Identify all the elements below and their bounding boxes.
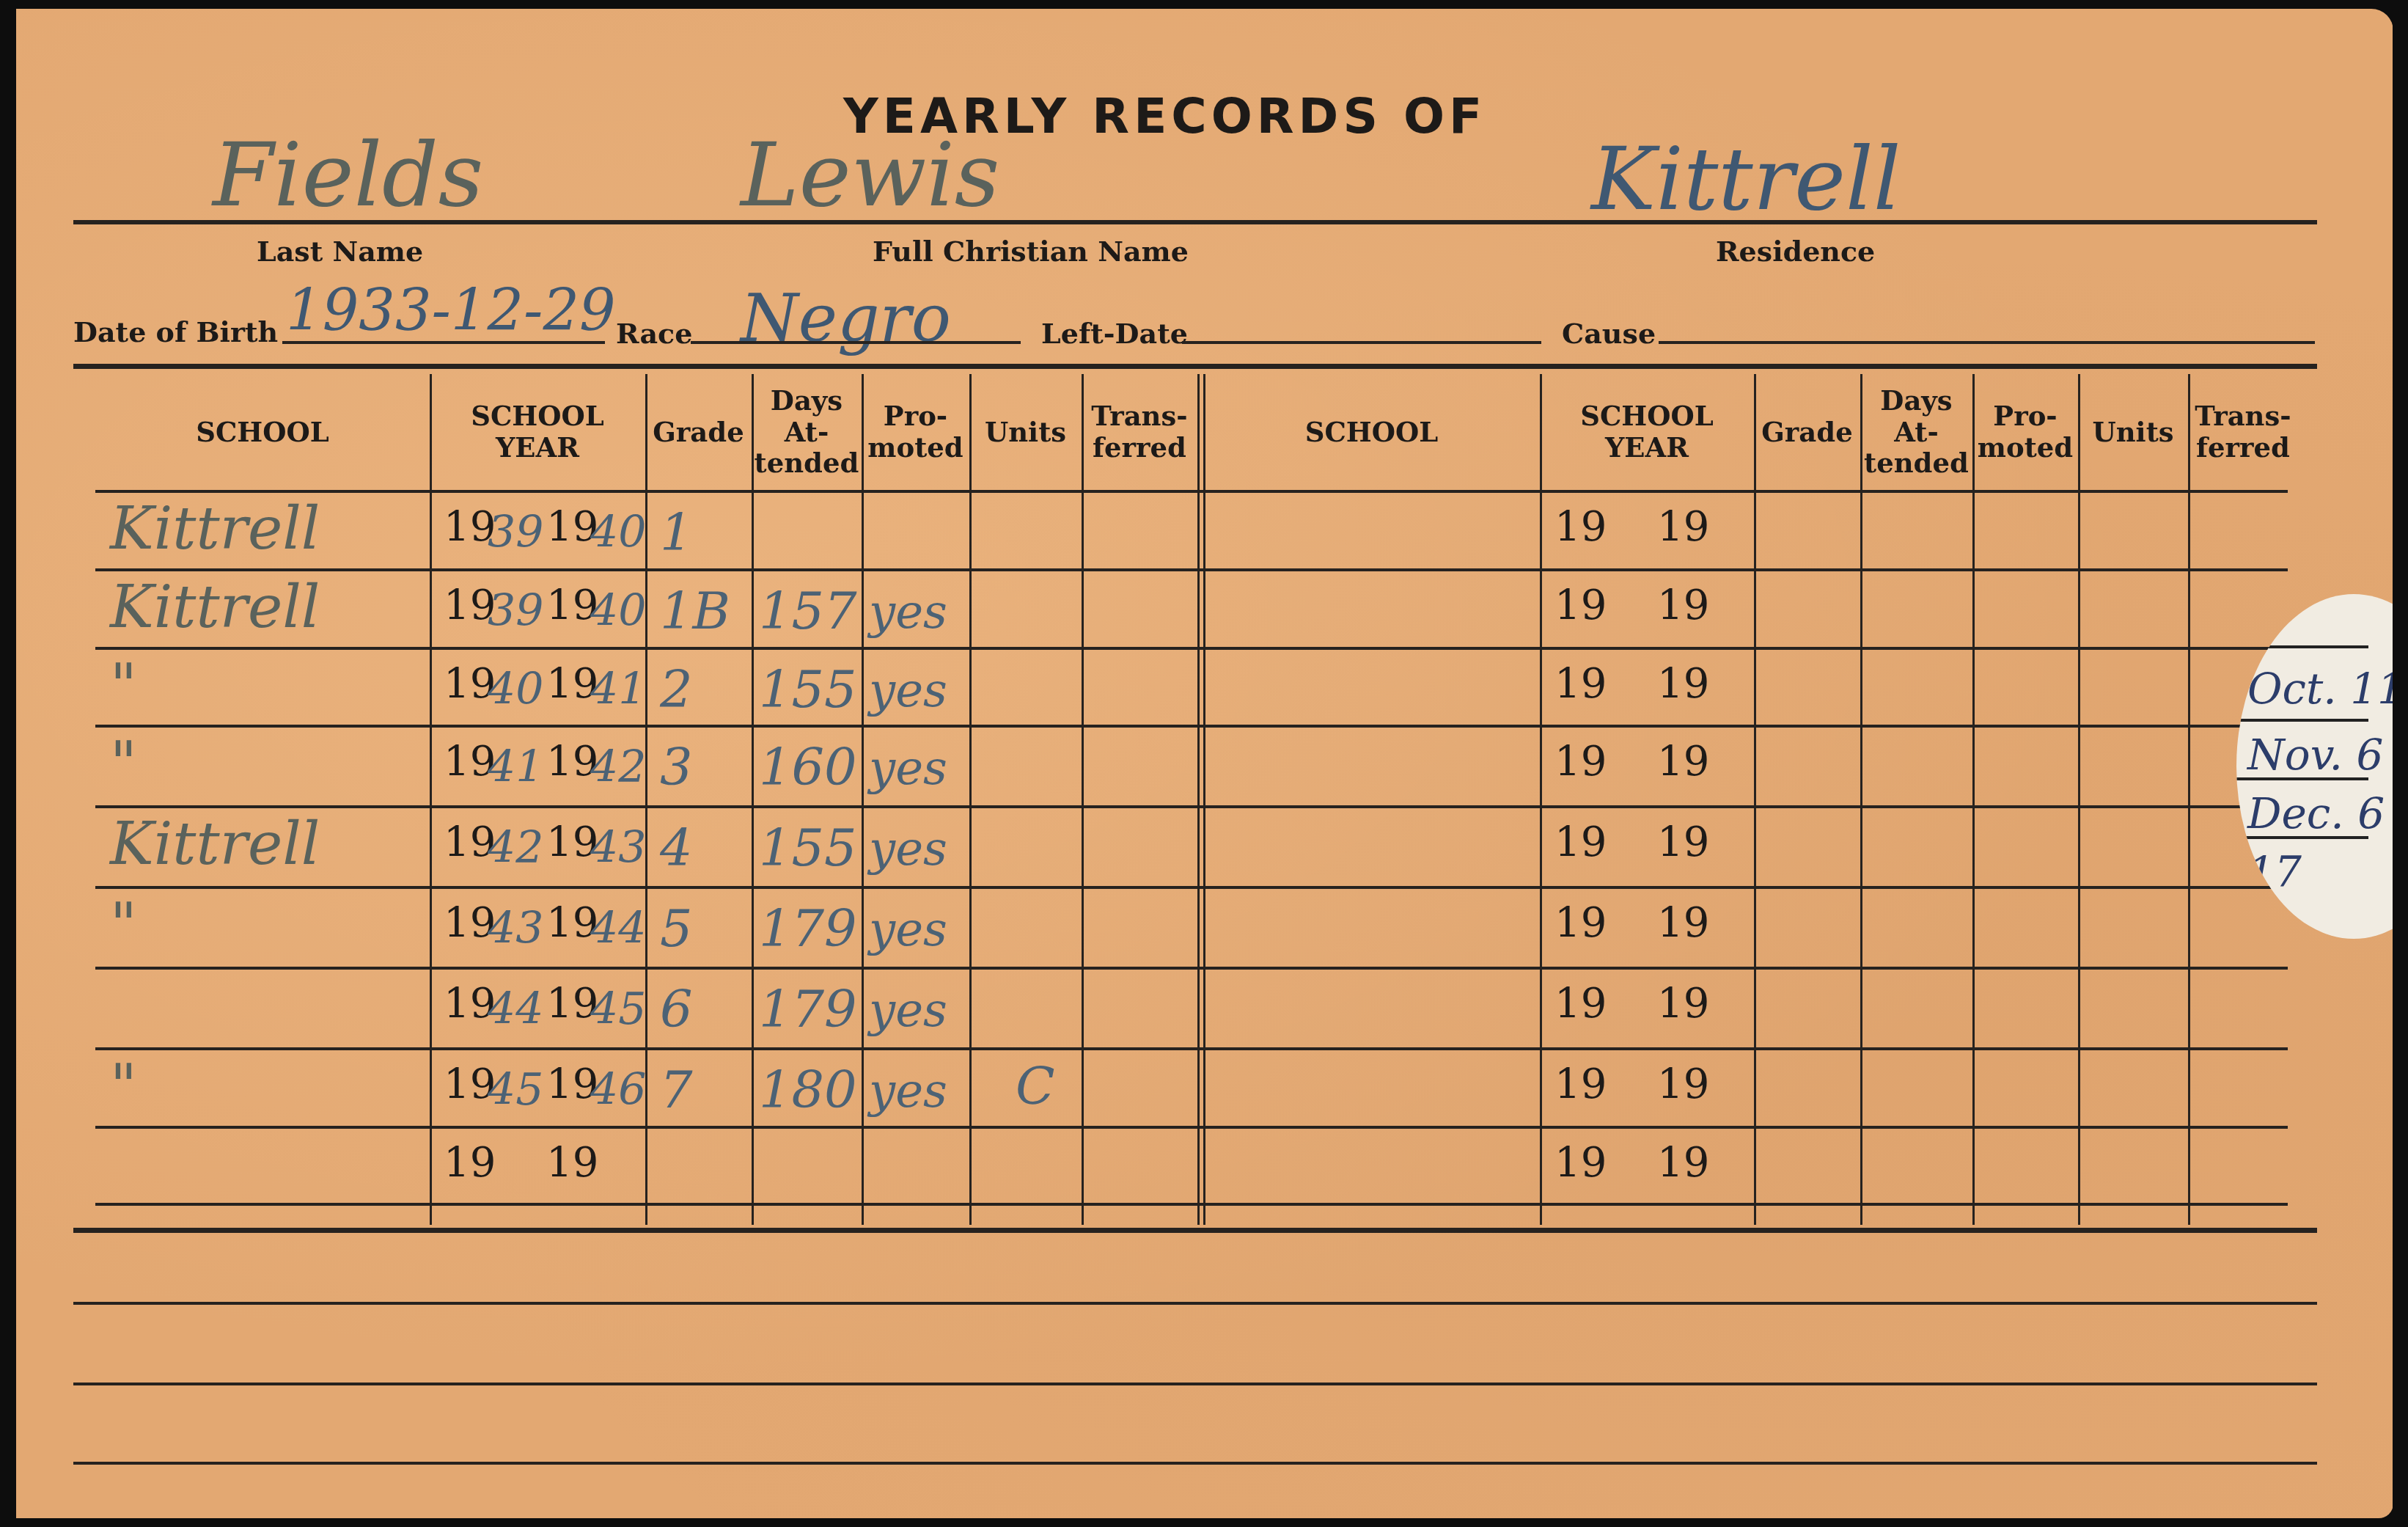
year-prefix-from: 19 [444, 1139, 496, 1187]
row-promoted[interactable]: yes [869, 745, 947, 792]
last-name-label: Last Name [257, 235, 423, 268]
cause-label: Cause [1562, 317, 1656, 350]
h-days-1: Days [771, 385, 843, 417]
race-underline [691, 341, 1021, 344]
row-grade[interactable]: 6 [660, 984, 693, 1035]
header-school-year-l1: SCHOOL [471, 400, 604, 432]
row-year-to[interactable]: 44 [590, 907, 646, 951]
year-prefix-from-right: 19 [1554, 738, 1607, 786]
header-school: SCHOOL [95, 374, 430, 490]
row-promoted[interactable]: yes [869, 987, 947, 1034]
tab-note-3: Dec. 6 [2247, 792, 2385, 835]
header-units-right: Units [2078, 374, 2188, 490]
year-prefix-to-right: 19 [1657, 503, 1709, 551]
h-days-2: At- [785, 417, 829, 448]
row-promoted[interactable]: yes [869, 907, 947, 953]
h-sy-r1: SCHOOL [1580, 400, 1714, 432]
row-rule [95, 490, 2288, 493]
header-promoted: Pro-moted [862, 374, 969, 490]
col-divider [1754, 374, 1756, 1225]
col-divider [1972, 374, 1975, 1225]
row-school[interactable]: " [110, 896, 137, 954]
header-transferred-right: Trans-ferred [2188, 374, 2298, 490]
row-year-from[interactable]: 44 [488, 987, 543, 1031]
christian-name-value[interactable]: Lewis [741, 132, 999, 220]
tab-note-4: 17 [2247, 851, 2302, 893]
row-days[interactable]: 155 [759, 664, 857, 715]
row-year-from[interactable]: 42 [488, 826, 543, 870]
col-divider [2188, 374, 2190, 1225]
col-divider [1860, 374, 1862, 1225]
row-school[interactable]: Kittrell [110, 578, 320, 637]
year-prefix-to-right: 19 [1657, 738, 1709, 786]
remarks-line-2 [73, 1383, 2317, 1385]
h-t-r2: ferred [2196, 432, 2290, 464]
row-year-to[interactable]: 43 [590, 826, 646, 870]
year-prefix-from-right: 19 [1554, 503, 1607, 551]
header-days-right: DaysAt-tended [1860, 374, 1972, 490]
row-rule [95, 647, 2288, 650]
row-rule [95, 568, 2288, 571]
header-school-year: SCHOOLYEAR [430, 374, 645, 490]
header-promoted-right: Pro-moted [1972, 374, 2078, 490]
year-prefix-from-right: 19 [1554, 582, 1607, 629]
year-prefix-to-right: 19 [1657, 1139, 1709, 1187]
row-year-from[interactable]: 40 [488, 667, 543, 711]
row-rule [95, 886, 2288, 889]
row-school[interactable]: " [110, 1057, 137, 1116]
row-year-from[interactable]: 41 [488, 745, 543, 789]
name-rule [73, 220, 2317, 224]
residence-label: Residence [1716, 235, 1875, 268]
header-transferred: Trans-ferred [1082, 374, 1197, 490]
tab-note-1: Oct. 11 [2247, 667, 2404, 710]
dob-value[interactable]: 1933-12-29 [286, 282, 616, 340]
row-rule [95, 1203, 2288, 1206]
header-school-year-right: SCHOOLYEAR [1540, 374, 1754, 490]
header-school-right: SCHOOL [1203, 374, 1540, 490]
row-grade[interactable]: 4 [660, 822, 693, 874]
header-grade-right: Grade [1754, 374, 1860, 490]
row-school[interactable]: Kittrell [110, 815, 320, 874]
h-d-r2: At- [1894, 417, 1939, 448]
row-year-to[interactable]: 46 [590, 1068, 646, 1112]
row-school[interactable]: Kittrell [110, 499, 320, 558]
h-t-r1: Trans- [2195, 400, 2291, 432]
row-grade[interactable]: 1 [660, 507, 693, 558]
last-name-value[interactable]: Fields [213, 132, 483, 220]
h-d-r3: tended [1864, 447, 1969, 479]
row-grade[interactable]: 2 [660, 664, 693, 715]
row-grade[interactable]: 7 [660, 1064, 693, 1116]
row-promoted[interactable]: yes [869, 667, 947, 714]
row-promoted[interactable]: yes [869, 826, 947, 873]
col-divider [862, 374, 864, 1225]
row-year-from[interactable]: 39 [488, 510, 543, 554]
col-divider [752, 374, 754, 1225]
left-date-label: Left-Date [1041, 317, 1188, 350]
cause-underline [1659, 341, 2315, 344]
row-grade[interactable]: 5 [660, 903, 693, 954]
row-days[interactable]: 179 [759, 903, 857, 954]
table-bottom-rule [73, 1228, 2317, 1233]
year-prefix-to-right: 19 [1657, 980, 1709, 1028]
h-p-r1: Pro- [1993, 400, 2057, 432]
row-grade[interactable]: 1B [660, 585, 730, 637]
row-school[interactable]: " [110, 734, 137, 793]
row-promoted[interactable]: yes [869, 589, 947, 636]
header-days-attended: DaysAt-tended [752, 374, 862, 490]
h-tr-1: Trans- [1091, 400, 1187, 432]
tab-note-2: Nov. 6 [2247, 733, 2383, 776]
row-year-to[interactable]: 42 [590, 745, 646, 789]
dob-underline [282, 341, 605, 344]
h-p-r2: moted [1978, 432, 2073, 464]
row-rule [95, 805, 2288, 808]
year-prefix-from-right: 19 [1554, 1061, 1607, 1108]
row-units[interactable]: C [1016, 1061, 1055, 1112]
year-prefix-from-right: 19 [1554, 899, 1607, 947]
year-prefix-from-right: 19 [1554, 980, 1607, 1028]
row-rule [95, 967, 2288, 970]
row-rule [95, 1126, 2288, 1129]
row-promoted[interactable]: yes [869, 1068, 947, 1115]
left-date-underline [1182, 341, 1541, 344]
year-prefix-to-right: 19 [1657, 899, 1709, 947]
index-tab-cutout: Oct. 11 Nov. 6 Dec. 6 17 [2236, 594, 2408, 939]
background-edge [2393, 0, 2408, 1527]
col-divider [1203, 374, 1205, 1225]
col-divider [430, 374, 432, 1225]
h-days-3: tended [755, 447, 859, 479]
row-rule [95, 1047, 2288, 1050]
row-year-to[interactable]: 40 [590, 510, 646, 554]
dob-label: Date of Birth [73, 315, 278, 348]
row-days[interactable]: 180 [759, 1064, 857, 1116]
row-rule [95, 725, 2288, 728]
residence-value[interactable]: Kittrell [1591, 136, 1901, 222]
year-prefix-to-right: 19 [1657, 819, 1709, 866]
h-tr-2: ferred [1093, 432, 1186, 464]
year-prefix-to: 19 [546, 1139, 598, 1187]
h-d-r1: Days [1880, 385, 1952, 417]
race-label: Race [616, 317, 692, 350]
row-days[interactable]: 157 [759, 585, 857, 637]
col-divider [1540, 374, 1542, 1225]
year-prefix-from-right: 19 [1554, 1139, 1607, 1187]
row-year-to[interactable]: 40 [590, 589, 646, 633]
header-units: Units [969, 374, 1082, 490]
col-divider [2078, 374, 2080, 1225]
row-year-to[interactable]: 45 [590, 987, 646, 1031]
header-grade: Grade [645, 374, 752, 490]
header-school-year-l2: YEAR [496, 432, 579, 464]
year-prefix-from-right: 19 [1554, 819, 1607, 866]
row-grade[interactable]: 3 [660, 741, 693, 793]
year-prefix-to-right: 19 [1657, 582, 1709, 629]
row-year-from[interactable]: 39 [488, 589, 543, 633]
year-prefix-to-right: 19 [1657, 660, 1709, 708]
remarks-line-3 [73, 1462, 2317, 1465]
col-divider [969, 374, 972, 1225]
row-school[interactable]: " [110, 656, 137, 715]
year-prefix-from-right: 19 [1554, 660, 1607, 708]
col-divider [1082, 374, 1084, 1225]
row-year-from[interactable]: 43 [488, 907, 543, 951]
row-days[interactable]: 155 [759, 822, 857, 874]
row-days[interactable]: 179 [759, 984, 857, 1035]
col-divider [1197, 374, 1200, 1225]
year-prefix-to-right: 19 [1657, 1061, 1709, 1108]
h-sy-r2: YEAR [1605, 432, 1689, 464]
row-year-from[interactable]: 45 [488, 1068, 543, 1112]
row-days[interactable]: 160 [759, 741, 857, 793]
h-pro-2: moted [867, 432, 963, 464]
remarks-line-1 [73, 1302, 2317, 1305]
table-top-rule [73, 364, 2317, 369]
christian-name-label: Full Christian Name [873, 235, 1189, 268]
row-year-to[interactable]: 41 [590, 667, 646, 711]
h-pro-1: Pro- [884, 400, 947, 432]
